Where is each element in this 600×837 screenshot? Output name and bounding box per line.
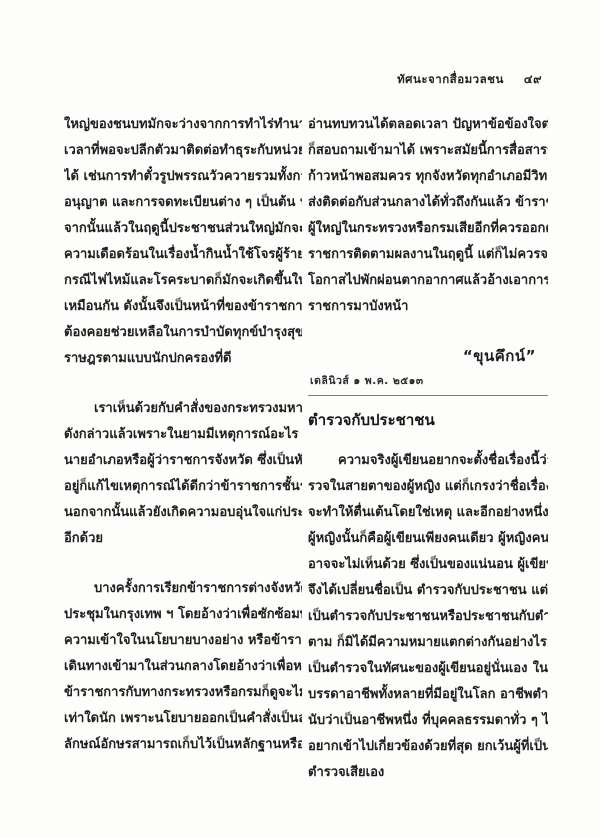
text-line: ผู้หญิงนั้นก็คือผู้เขียนเพียงคนเดียว ผู้… [308, 526, 548, 552]
text-line: ตาม ก็มิได้มีความหมายแตกต่างกันอย่างไร ก… [308, 630, 548, 656]
text-line: รวจในสายตาของผู้หญิง แต่ก็เกรงว่าชื่อเรื… [308, 474, 548, 500]
text-line: ผู้ใหญ่ในกระทรวงหรือกรมเสียอีกที่ควรออกต… [308, 216, 548, 242]
paragraph: เราเห็นด้วยกับคำสั่งของกระทรวงมหาดไทยดัง… [64, 396, 302, 552]
text-line: เป็นตำรวจกับประชาชนหรือประชาชนกับตำรวจก็ [308, 604, 548, 630]
text-line: ราชการมาบังหน้า [308, 294, 548, 320]
left-column: ใหญ่ของชนบทมักจะว่างจากการทำไร่ทำนา เป็น… [64, 112, 302, 758]
paragraph: ใหญ่ของชนบทมักจะว่างจากการทำไร่ทำนา เป็น… [64, 112, 302, 372]
text-line: ความเดือดร้อนในเรื่องน้ำกินน้ำใช้โจรผู้ร… [64, 242, 302, 268]
text-line: นอกจากนั้นแล้วยังเกิดความอบอุ่นใจแก่ประช… [64, 500, 302, 526]
text-line: เป็นตำรวจในทัศนะของผู้เขียนอยู่นั่นเอง ใ… [308, 656, 548, 682]
section-heading: ตำรวจกับประชาชน [308, 408, 548, 432]
text-line: อนุญาต และการจดทะเบียนต่าง ๆ เป็นต้น นอก [64, 190, 302, 216]
right-column: อ่านทบทวนได้ตลอดเวลา ปัญหาข้อข้องใจต่าง … [308, 112, 548, 786]
text-line: ก้าวหน้าพอสมควร ทุกจังหวัดทุกอำเภอมีวิทย… [308, 164, 548, 190]
text-line: เท่าใดนัก เพราะนโยบายออกเป็นคำสั่งเป็นลา… [64, 706, 302, 732]
text-line: บรรดาอาชีพทั้งหลายที่มีอยู่ในโลก อาชีพตำ… [308, 682, 548, 708]
text-line: อาจจะไม่เห็นด้วย ซึ่งเป็นของแน่นอน ผู้เข… [308, 552, 548, 578]
page-number: ๔๙ [524, 71, 542, 89]
text-line: ข้าราชการกับทางกระทรวงหรือกรมก็ดูจะไม่สู… [64, 680, 302, 706]
text-line: ตำรวจเสียเอง [308, 760, 548, 786]
running-header: ทัศนะจากสื่อมวลชน ๔๙ [397, 71, 542, 89]
scanned-book-page: ทัศนะจากสื่อมวลชน ๔๙ ใหญ่ของชนบทมักจะว่า… [0, 0, 600, 837]
text-line: ส่งติดต่อกับส่วนกลางได้ทั่วถึงกันแล้ว ข้… [308, 190, 548, 216]
text-line: เวลาที่พอจะปลีกตัวมาติดต่อทำธุระกับหน่วย… [64, 138, 302, 164]
text-line: อีกด้วย [64, 526, 302, 552]
author-signature: “ขุนคึกน์” [308, 344, 548, 368]
text-line: นับว่าเป็นอาชีพหนึ่ง ที่บุคคลธรรมดาทั่ว … [308, 708, 548, 734]
text-line: ความจริงผู้เขียนอยากจะตั้งชื่อเรื่องนี้ว… [308, 448, 548, 474]
text-line: ราชการติดตามผลงานในฤดูนี้ แต่ก็ไม่ควรจะถ… [308, 242, 548, 268]
text-line: ราษฎรตามแบบนักปกครองที่ดี [64, 346, 302, 372]
paragraph: บางครั้งการเรียกข้าราชการต่างจังหวัดเข้า… [64, 576, 302, 758]
text-line: จึงได้เปลี่ยนชื่อเป็น ตำรวจกับประชาชน แต… [308, 578, 548, 604]
text-line: อยากเข้าไปเกี่ยวข้องด้วยที่สุด ยกเว้นผู้… [308, 734, 548, 760]
text-line: เราเห็นด้วยกับคำสั่งของกระทรวงมหาดไทย [64, 396, 302, 422]
running-title: ทัศนะจากสื่อมวลชน [397, 71, 504, 89]
text-line: ได้ เช่นการทำตั๋วรูปพรรณวัวควายรวมทั้งกา… [64, 164, 302, 190]
text-line: ลักษณ์อักษรสามารถเก็บไว้เป็นหลักฐานหรือน… [64, 732, 302, 758]
text-line: จะทำให้ตื่นเต้นโดยใช่เหตุ และอีกอย่างหนึ… [308, 500, 548, 526]
text-line: ประชุมในกรุงเทพ ฯ โดยอ้างว่าเพื่อซักซ้อม… [64, 602, 302, 628]
text-line: ต้องคอยช่วยเหลือในการบำบัดทุกข์บำรุงสุขข… [64, 320, 302, 346]
section-divider [308, 395, 548, 396]
text-line: ความเข้าใจในนโยบายบางอย่าง หรือข้าราชการ [64, 628, 302, 654]
text-line: โอกาสไปพักผ่อนตากอากาศแล้วอ้างเอาการตรวจ [308, 268, 548, 294]
text-line: ใหญ่ของชนบทมักจะว่างจากการทำไร่ทำนา เป็น [64, 112, 302, 138]
text-line: เดินทางเข้ามาในส่วนกลางโดยอ้างว่าเพื่อหา… [64, 654, 302, 680]
text-line: อ่านทบทวนได้ตลอดเวลา ปัญหาข้อข้องใจต่าง … [308, 112, 548, 138]
text-line: นายอำเภอหรือผู้ว่าราชการจังหวัด ซึ่งเป็น… [64, 448, 302, 474]
source-citation: เดลินิวส์ ๑ พ.ค. ๒๕๑๓ [310, 372, 548, 389]
paragraph: ความจริงผู้เขียนอยากจะตั้งชื่อเรื่องนี้ว… [308, 448, 548, 786]
text-line: บางครั้งการเรียกข้าราชการต่างจังหวัดเข้า… [64, 576, 302, 602]
text-line: กรณีไฟไหม้และโรคระบาดก็มักจะเกิดขึ้นในฤด… [64, 268, 302, 294]
text-line: อยู่ก็แก้ไขเหตุการณ์ได้ดีกว่าข้าราชการชั… [64, 474, 302, 500]
text-line: ดังกล่าวแล้วเพราะในยามมีเหตุการณ์อะไร ถ้… [64, 422, 302, 448]
text-line: ก็สอบถามเข้ามาได้ เพราะสมัยนี้การสื่อสาร… [308, 138, 548, 164]
text-line: จากนั้นแล้วในฤดูนี้ประชาชนส่วนใหญ่มักจะป… [64, 216, 302, 242]
text-line: เหมือนกัน ดังนั้นจึงเป็นหน้าที่ของข้าราช… [64, 294, 302, 320]
paragraph: อ่านทบทวนได้ตลอดเวลา ปัญหาข้อข้องใจต่าง … [308, 112, 548, 320]
